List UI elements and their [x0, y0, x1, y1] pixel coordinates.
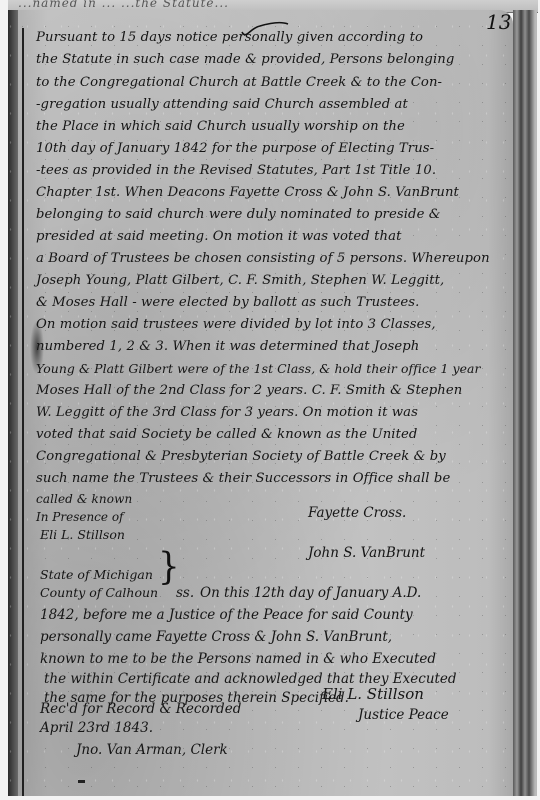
signature-fayette-cross: Fayette Cross. [308, 505, 406, 521]
page-number: 13 [486, 10, 511, 34]
body-line: 10th day of January 1842 for the purpose… [36, 141, 434, 156]
scanned-page-frame: ...named in ... ...the Statute... 13 Pur… [0, 0, 540, 800]
body-line: -gregation usually attending said Church… [36, 97, 408, 112]
acknowledgment-line: On this 12th day of January A.D. [200, 585, 421, 601]
body-line: Moses Hall of the 2nd Class for 2 years.… [36, 383, 462, 398]
body-line: Chapter 1st. When Deacons Fayette Cross … [36, 185, 459, 200]
acknowledgment-line: personally came Fayette Cross & John S. … [40, 629, 392, 645]
body-line: Congregational & Presbyterian Society of… [36, 449, 446, 464]
body-line: & Moses Hall - were elected by ballott a… [36, 295, 419, 310]
body-line: Young & Platt Gilbert were of the 1st Cl… [36, 361, 481, 376]
body-line: belonging to said church were duly nomin… [36, 207, 441, 222]
jurisdiction-ss: ss. [176, 585, 194, 601]
acknowledgment-line: 1842, before me a Justice of the Peace f… [40, 607, 413, 623]
brace-mark: } [158, 545, 180, 589]
binding-edge [8, 10, 18, 796]
recording-clerk: Jno. Van Arman, Clerk [76, 742, 228, 758]
body-line: W. Leggitt of the 3rd Class for 3 years.… [36, 405, 418, 420]
witness-name: Eli L. Stillson [40, 527, 125, 542]
body-line: On motion said trustees were divided by … [36, 317, 436, 332]
left-margin-rule [22, 28, 24, 796]
jurisdiction-county: County of Calhoun [40, 585, 158, 600]
justice-title: Justice Peace [358, 707, 449, 723]
body-line: Pursuant to 15 days notice personally gi… [36, 30, 423, 45]
recording-date: April 23rd 1843. [40, 720, 153, 736]
body-line: voted that said Society be called & know… [36, 427, 417, 442]
body-line: the Statute in such case made & provided… [36, 52, 454, 67]
body-line: a Board of Trustees be chosen consisting… [36, 251, 490, 266]
body-line: numbered 1, 2 & 3. When it was determine… [36, 339, 419, 354]
witness-label: In Presence of [36, 510, 124, 524]
body-line: the Place in which said Church usually w… [36, 119, 405, 134]
jurisdiction-state: State of Michigan [40, 567, 153, 582]
body-line: to the Congregational Church at Battle C… [36, 75, 442, 90]
body-line: Joseph Young, Platt Gilbert, C. F. Smith… [36, 273, 444, 288]
page-stack-edge [513, 10, 537, 796]
acknowledgment-line: known to me to be the Persons named in &… [40, 651, 436, 667]
signature-john-vanbrunt: John S. VanBrunt [308, 545, 425, 561]
body-line: -tees as provided in the Revised Statute… [36, 163, 436, 178]
ink-dot [78, 780, 85, 783]
body-line: presided at said meeting. On motion it w… [36, 229, 401, 244]
bleed-text: ...named in ... ...the Statute... [18, 0, 229, 10]
recording-line: Rec'd for Record & Recorded [40, 701, 241, 717]
body-line: called & known [36, 492, 132, 506]
body-line: such name the Trustees & their Successor… [36, 471, 450, 486]
justice-signature: Eli L. Stillson [322, 685, 424, 703]
